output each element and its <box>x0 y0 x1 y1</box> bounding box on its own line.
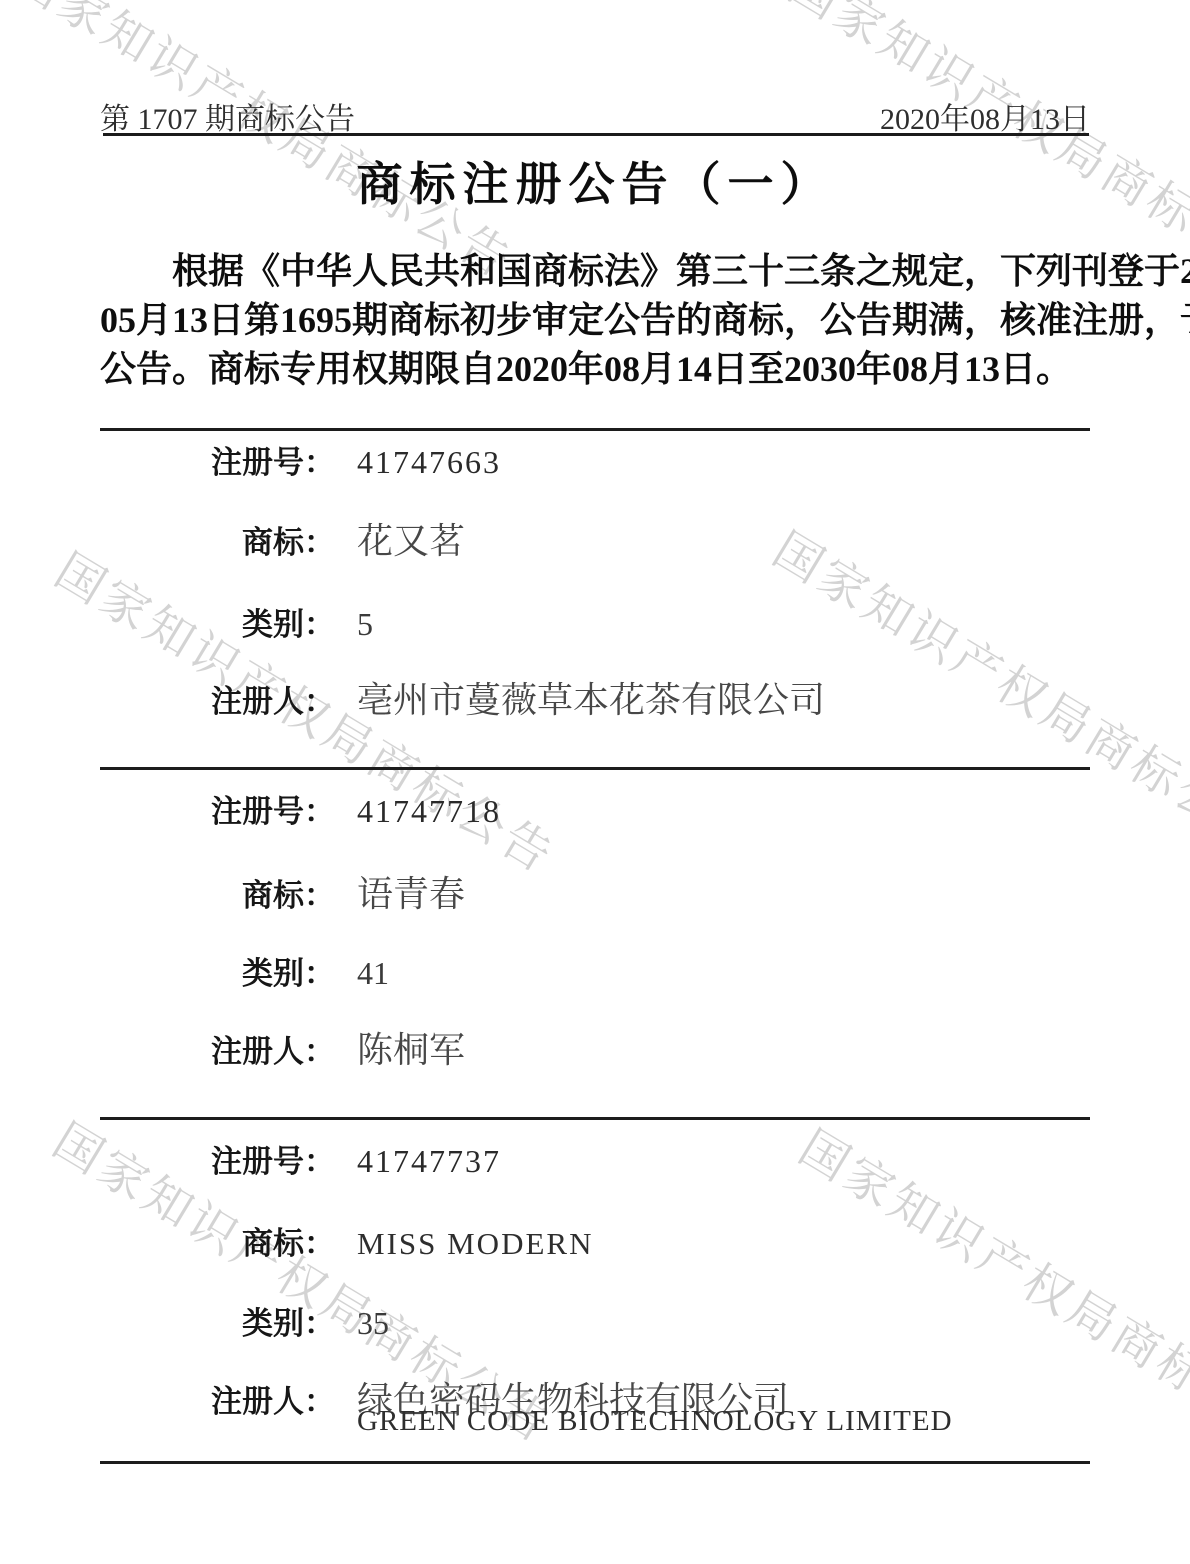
field-label: 注册人： <box>100 1026 335 1071</box>
field-row-registrant: 注册人： 亳州市蔓薇草本花茶有限公司 <box>100 672 1090 723</box>
field-label: 注册号： <box>100 437 335 482</box>
field-label: 注册人： <box>100 676 335 721</box>
field-label: 类别： <box>100 1298 335 1343</box>
record-divider <box>100 1117 1090 1120</box>
field-value: 陈桐军 <box>357 1022 465 1073</box>
field-label: 商标： <box>100 517 335 562</box>
field-label: 商标： <box>100 1218 335 1263</box>
field-value: 35 <box>357 1305 389 1342</box>
field-value: 花又茗 <box>357 513 465 564</box>
header-divider <box>103 133 1089 136</box>
field-row-registrant: 注册人： 陈桐军 <box>100 1022 1090 1073</box>
field-value: 41747663 <box>357 444 501 481</box>
field-row-reg-no: 注册号： 41747737 <box>100 1136 1090 1181</box>
page-title: 商标注册公告（一） <box>0 148 1190 214</box>
field-row-reg-no: 注册号： 41747663 <box>100 437 1090 482</box>
field-row-class: 类别： 35 <box>100 1298 1090 1343</box>
page-header: 第 1707 期商标公告 2020年08月13日 <box>100 94 1090 138</box>
field-value: 41 <box>357 955 389 992</box>
record-divider <box>100 1461 1090 1464</box>
field-row-class: 类别： 41 <box>100 948 1090 993</box>
record-divider <box>100 428 1090 431</box>
field-value: 5 <box>357 606 373 643</box>
field-row-reg-no: 注册号： 41747718 <box>100 786 1090 831</box>
field-row-mark: 商标： MISS MODERN <box>100 1218 1090 1263</box>
field-label: 商标： <box>100 870 335 915</box>
field-row-mark: 商标： 花又茗 <box>100 513 1090 564</box>
intro-line-2: 05月13日第1695期商标初步审定公告的商标，公告期满，核准注册，予以 <box>100 296 1090 345</box>
intro-line-3: 公告。商标专用权期限自2020年08月14日至2030年08月13日。 <box>100 345 1090 394</box>
field-value: 语青春 <box>357 866 465 917</box>
field-label: 类别： <box>100 599 335 644</box>
field-value: 41747718 <box>357 793 501 830</box>
intro-line-1: 根据《中华人民共和国商标法》第三十三条之规定，下列刊登于2020年 <box>100 247 1090 296</box>
gazette-issue-label: 第 1707 期商标公告 <box>100 94 355 138</box>
field-value: 亳州市蔓薇草本花茶有限公司 <box>357 672 825 723</box>
field-row-mark: 商标： 语青春 <box>100 866 1090 917</box>
gazette-date-label: 2020年08月13日 <box>880 94 1090 138</box>
field-label: 注册号： <box>100 1136 335 1181</box>
record-divider <box>100 767 1090 770</box>
field-label: 注册号： <box>100 786 335 831</box>
field-value: GREEN CODE BIOTECHNOLOGY LIMITED <box>357 1405 953 1438</box>
document-page: 国家知识产权局商标公告 国家知识产权局商标公告 国家知识产权局商标公告 国家知识… <box>0 0 1190 1564</box>
field-value: 41747737 <box>357 1143 501 1180</box>
intro-paragraph: 根据《中华人民共和国商标法》第三十三条之规定，下列刊登于2020年 05月13日… <box>100 247 1090 394</box>
field-value: MISS MODERN <box>357 1226 593 1262</box>
field-row-class: 类别： 5 <box>100 599 1090 644</box>
field-row-registrant-en: GREEN CODE BIOTECHNOLOGY LIMITED <box>100 1405 1090 1438</box>
field-label: 类别： <box>100 948 335 993</box>
